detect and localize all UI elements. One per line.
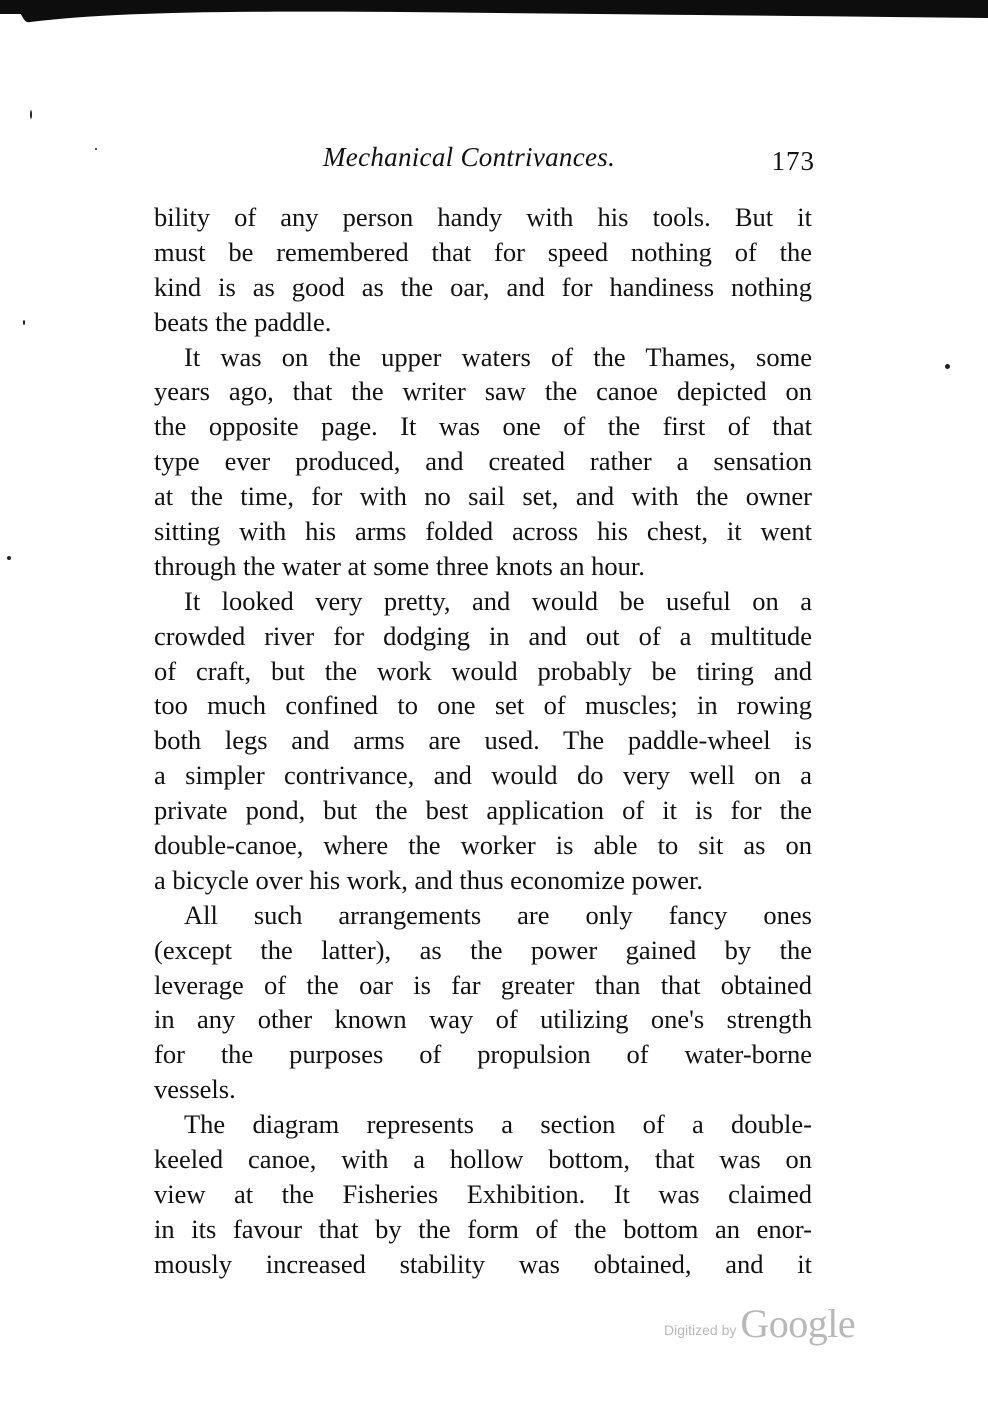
text-line: must be remembered that for speed nothin… — [154, 235, 812, 270]
scan-speck — [7, 556, 11, 560]
text-line: type ever produced, and created rather a… — [154, 444, 812, 479]
text-line: view at the Fisheries Exhibition. It was… — [154, 1177, 812, 1212]
scan-speck — [95, 148, 97, 150]
text-line: sitting with his arms folded across his … — [154, 514, 812, 549]
text-line: It looked very pretty, and would be usef… — [154, 584, 812, 619]
text-line: both legs and arms are used. The paddle-… — [154, 723, 812, 758]
text-line: the opposite page. It was one of the fir… — [154, 409, 812, 444]
text-line: of craft, but the work would probably be… — [154, 654, 812, 689]
watermark-prefix: Digitized by — [664, 1322, 736, 1338]
text-line: (except the latter), as the power gained… — [154, 933, 812, 968]
text-line: bility of any person handy with his tool… — [154, 200, 812, 235]
text-line: kind is as good as the oar, and for hand… — [154, 270, 812, 305]
paragraph: The diagram represents a section of a do… — [154, 1107, 812, 1281]
text-line: crowded river for dodging in and out of … — [154, 619, 812, 654]
text-line: years ago, that the writer saw the canoe… — [154, 374, 812, 409]
text-line: All such arrangements are only fancy one… — [154, 898, 812, 933]
text-line: through the water at some three knots an… — [154, 549, 812, 584]
scan-speck — [945, 364, 950, 369]
text-line: It was on the upper waters of the Thames… — [154, 340, 812, 375]
body-text: bility of any person handy with his tool… — [154, 200, 812, 1282]
text-line: keeled canoe, with a hollow bottom, that… — [154, 1142, 812, 1177]
watermark-brand: Google — [740, 1301, 855, 1346]
paragraph: bility of any person handy with his tool… — [154, 200, 812, 340]
text-line: private pond, but the best application o… — [154, 793, 812, 828]
text-line: in any other known way of utilizing one'… — [154, 1002, 812, 1037]
running-title: Mechanical Contrivances. — [323, 142, 615, 173]
text-line: a bicycle over his work, and thus econom… — [154, 863, 812, 898]
paragraph: It looked very pretty, and would be usef… — [154, 584, 812, 898]
scan-speck — [23, 320, 25, 325]
digitized-watermark: Digitized by Google — [664, 1300, 855, 1347]
text-line: for the purposes of propulsion of water-… — [154, 1037, 812, 1072]
text-line: The diagram represents a section of a do… — [154, 1107, 812, 1142]
page-number: 173 — [772, 146, 816, 177]
text-line: leverage of the oar is far greater than … — [154, 968, 812, 1003]
text-line: beats the paddle. — [154, 305, 812, 340]
text-line: mously increased stability was obtained,… — [154, 1247, 812, 1282]
page-header: Mechanical Contrivances. 173 — [155, 138, 815, 182]
text-line: too much confined to one set of muscles;… — [154, 688, 812, 723]
paragraph: All such arrangements are only fancy one… — [154, 898, 812, 1107]
scan-speck — [30, 110, 32, 119]
text-line: double-canoe, where the worker is able t… — [154, 828, 812, 863]
text-line: vessels. — [154, 1072, 812, 1107]
text-line: a simpler contrivance, and would do very… — [154, 758, 812, 793]
text-line: in its favour that by the form of the bo… — [154, 1212, 812, 1247]
scan-border-artifact — [0, 0, 988, 30]
text-line: at the time, for with no sail set, and w… — [154, 479, 812, 514]
paragraph: It was on the upper waters of the Thames… — [154, 340, 812, 584]
